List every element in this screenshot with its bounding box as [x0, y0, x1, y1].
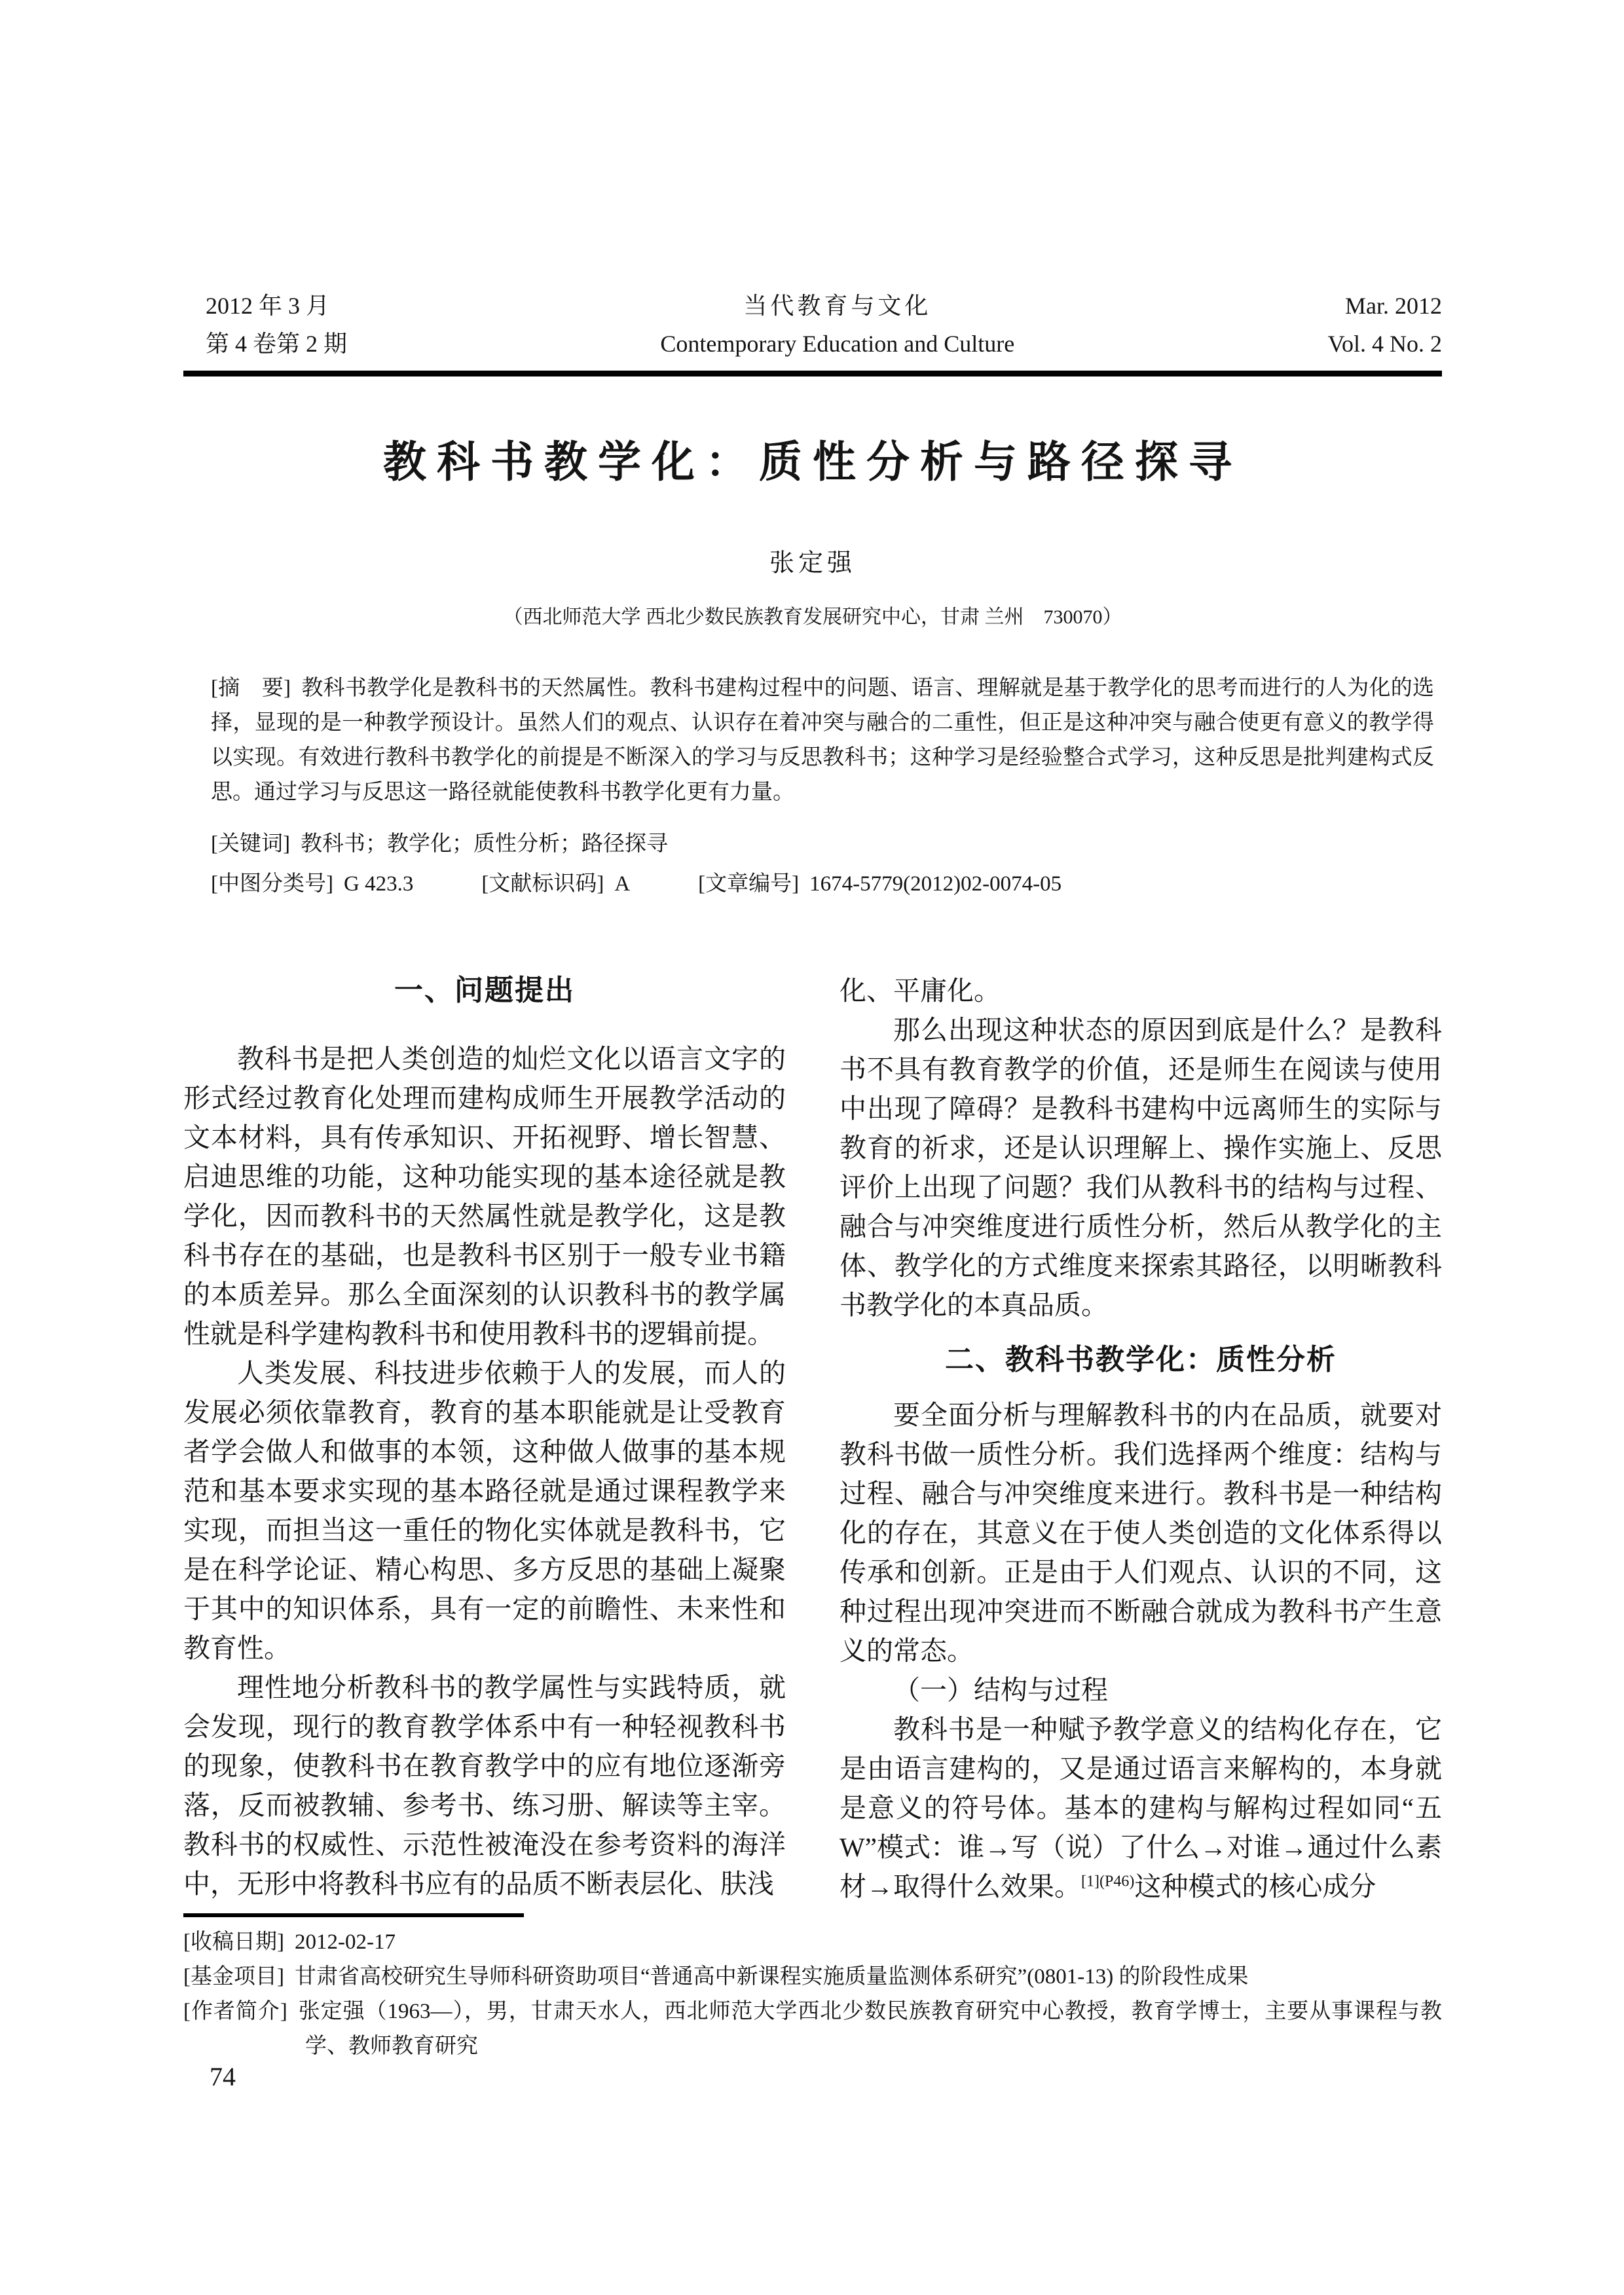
paragraph: 人类发展、科技进步依赖于人的发展，而人的发展必须依靠教育，教育的基本职能就是让受… [183, 1353, 786, 1668]
footnote-label: [基金项目] [183, 1965, 284, 1989]
page-number: 74 [210, 2061, 236, 2092]
journal-date-cn: 2012 年 3 月 [206, 287, 347, 325]
journal-header-center: 当代教育与文化 Contemporary Education and Cultu… [347, 287, 1328, 363]
footnote-fund-project: [基金项目]甘肃省高校研究生导师科研资助项目“普通高中新课程实施质量监测体系研究… [183, 1960, 1442, 1994]
paragraph: 那么出现这种状态的原因到底是什么？是教科书不具有教育教学的价值，还是师生在阅读与… [840, 1010, 1442, 1325]
document-code-value: A [614, 872, 630, 896]
footnote-label: [作者简介] [183, 2000, 287, 2023]
page-content: 2012 年 3 月 第 4 卷第 2 期 当代教育与文化 Contempora… [183, 0, 1442, 1906]
footnote-text: 2012-02-17 [295, 1930, 396, 1954]
article-meta: [摘 要]教科书教学化是教科书的天然属性。教科书建构过程中的问题、语言、理解就是… [211, 671, 1434, 902]
section-heading-2: 二、教科书教学化：质性分析 [840, 1340, 1442, 1380]
keywords-text: 教科书；教学化；质性分析；路径探寻 [301, 832, 668, 856]
document-code-label: [文献标识码] [481, 872, 604, 896]
document-code: [文献标识码]A [481, 867, 630, 902]
section-heading-1: 一、问题提出 [183, 971, 786, 1010]
paragraph-text: 这种模式的核心成分 [1134, 1871, 1376, 1901]
article-number: [文章编号]1674-5779(2012)02-0074-05 [698, 867, 1061, 902]
paragraph: 要全面分析与理解教科书的内在品质，就要对教科书做一质性分析。我们选择两个维度：结… [840, 1395, 1442, 1670]
article-title: 教科书教学化：质性分析与路径探寻 [183, 439, 1442, 487]
journal-header-right: Mar. 2012 Vol. 4 No. 2 [1328, 287, 1442, 363]
header-divider-rule [183, 371, 1442, 376]
footnote-label: [收稿日期] [183, 1930, 284, 1954]
subsection-heading: （一）结构与过程 [840, 1670, 1442, 1710]
keywords-label: [关键词] [211, 832, 290, 856]
paragraph: 教科书是把人类创造的灿烂文化以语言文字的形式经过教育化处理而建构成师生开展教学活… [183, 1039, 786, 1353]
footnote-author-bio: [作者简介]张定强（1963—），男，甘肃天水人，西北师范大学西北少数民族教育研… [183, 1994, 1442, 2064]
clc-number: [中图分类号]G 423.3 [211, 867, 413, 902]
classification-line: [中图分类号]G 423.3 [文献标识码]A [文章编号]1674-5779(… [211, 867, 1434, 902]
journal-page: 2012 年 3 月 第 4 卷第 2 期 当代教育与文化 Contempora… [0, 0, 1624, 2295]
footnote-list: [收稿日期]2012-02-17 [基金项目]甘肃省高校研究生导师科研资助项目“… [183, 1925, 1442, 2064]
journal-title-cn: 当代教育与文化 [347, 287, 1328, 325]
article-author: 张定强 [183, 542, 1442, 578]
article-number-value: 1674-5779(2012)02-0074-05 [809, 872, 1061, 896]
clc-label: [中图分类号] [211, 872, 333, 896]
article-number-label: [文章编号] [698, 872, 799, 896]
journal-issue-en: Vol. 4 No. 2 [1328, 325, 1442, 363]
keywords: [关键词]教科书；教学化；质性分析；路径探寻 [211, 827, 1434, 862]
abstract: [摘 要]教科书教学化是教科书的天然属性。教科书建构过程中的问题、语言、理解就是… [211, 671, 1434, 810]
article-affiliation: （西北师范大学 西北少数民族教育发展研究中心，甘肃 兰州 730070） [183, 600, 1442, 629]
journal-title-en: Contemporary Education and Culture [347, 325, 1328, 363]
left-column: 一、问题提出 教科书是把人类创造的灿烂文化以语言文字的形式经过教育化处理而建构成… [183, 971, 786, 1906]
paragraph-continuation: 化、平庸化。 [840, 971, 1442, 1010]
journal-issue-cn: 第 4 卷第 2 期 [206, 325, 347, 363]
body-columns: 一、问题提出 教科书是把人类创造的灿烂文化以语言文字的形式经过教育化处理而建构成… [183, 971, 1442, 1906]
paragraph: 理性地分析教科书的教学属性与实践特质，就会发现，现行的教育教学体系中有一种轻视教… [183, 1668, 786, 1903]
journal-header-left: 2012 年 3 月 第 4 卷第 2 期 [183, 287, 347, 363]
footnote-divider-rule [183, 1913, 524, 1917]
citation-superscript: [1](P46) [1081, 1873, 1134, 1890]
right-column: 化、平庸化。 那么出现这种状态的原因到底是什么？是教科书不具有教育教学的价值，还… [840, 971, 1442, 1906]
journal-header: 2012 年 3 月 第 4 卷第 2 期 当代教育与文化 Contempora… [183, 287, 1442, 363]
clc-value: G 423.3 [344, 872, 413, 896]
paragraph-with-citation: 教科书是一种赋予教学意义的结构化存在，它是由语言建构的，又是通过语言来解构的，本… [840, 1710, 1442, 1906]
footnote-text: 甘肃省高校研究生导师科研资助项目“普通高中新课程实施质量监测体系研究”(0801… [295, 1965, 1249, 1989]
abstract-text: 教科书教学化是教科书的天然属性。教科书建构过程中的问题、语言、理解就是基于教学化… [211, 676, 1434, 804]
footnote-text: 张定强（1963—），男，甘肃天水人，西北师范大学西北少数民族教育研究中心教授，… [298, 2000, 1442, 2058]
footnote-received-date: [收稿日期]2012-02-17 [183, 1925, 1442, 1960]
footnote-area: [收稿日期]2012-02-17 [基金项目]甘肃省高校研究生导师科研资助项目“… [183, 1913, 1442, 2064]
abstract-label: [摘 要] [211, 676, 291, 700]
journal-date-en: Mar. 2012 [1328, 287, 1442, 325]
